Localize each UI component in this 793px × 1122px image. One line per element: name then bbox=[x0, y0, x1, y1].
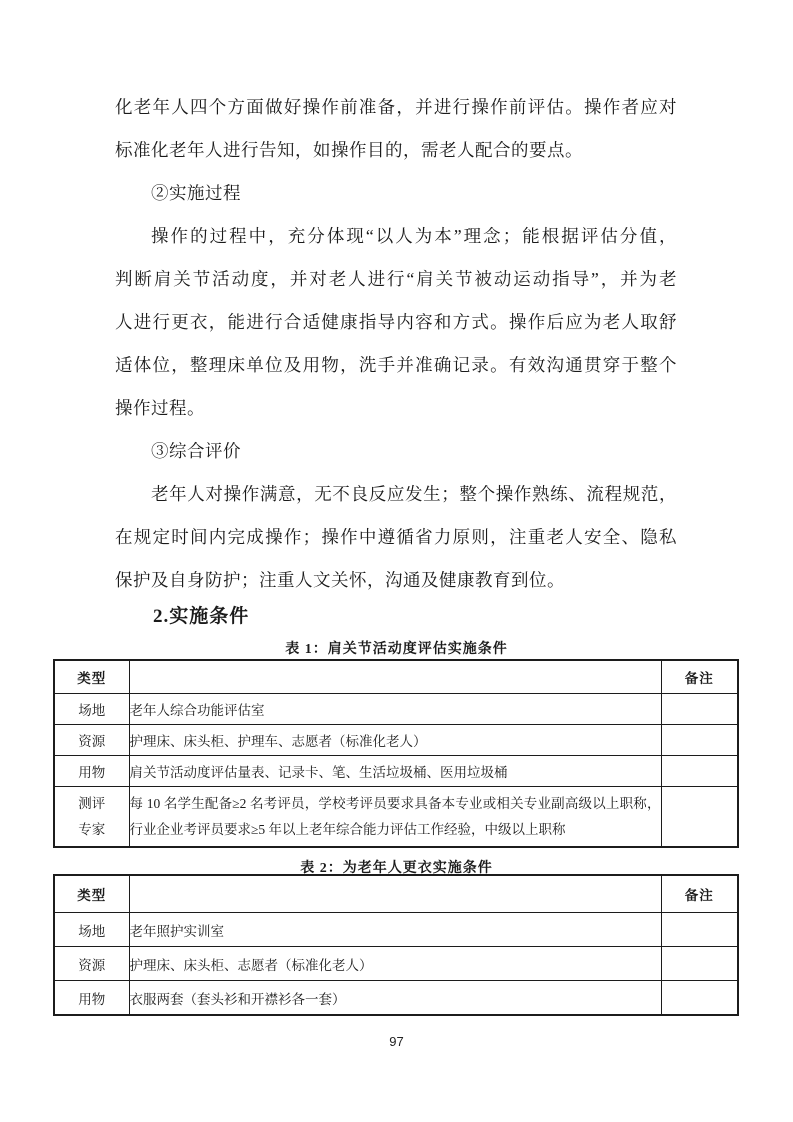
paragraph-line: 操作过程。 bbox=[115, 387, 677, 430]
table2-header-type: 类型 bbox=[54, 875, 129, 913]
row-label: 用物 bbox=[54, 756, 129, 787]
table1-header-middle bbox=[129, 660, 661, 694]
table2-header-row: 类型 备注 bbox=[54, 875, 738, 913]
row-label-line1: 测评 bbox=[55, 791, 129, 817]
row-content: 老年人综合功能评估室 bbox=[129, 694, 661, 725]
row-note bbox=[661, 913, 738, 947]
table-row: 用物 肩关节活动度评估量表、记录卡、笔、生活垃圾桶、医用垃圾桶 bbox=[54, 756, 738, 787]
row-label: 用物 bbox=[54, 981, 129, 1016]
list-item-heading: ②实施过程 bbox=[115, 172, 677, 215]
row-note bbox=[661, 787, 738, 848]
row-label: 资源 bbox=[54, 947, 129, 981]
table-row: 场地 老年人综合功能评估室 bbox=[54, 694, 738, 725]
row-content: 老年照护实训室 bbox=[129, 913, 661, 947]
row-content: 护理床、床头柜、护理车、志愿者（标准化老人） bbox=[129, 725, 661, 756]
paragraph-line: 适体位，整理床单位及用物，洗手并准确记录。有效沟通贯穿于整个 bbox=[115, 344, 677, 387]
table2-header-middle bbox=[129, 875, 661, 913]
row-label: 场地 bbox=[54, 694, 129, 725]
row-label: 场地 bbox=[54, 913, 129, 947]
section-heading: 2.实施条件 bbox=[153, 601, 249, 628]
row-content: 每 10 名学生配备≥2 名考评员，学校考评员要求具备本专业或相关专业副高级以上… bbox=[129, 787, 661, 848]
paragraph-line: 标准化老年人进行告知，如操作目的，需老人配合的要点。 bbox=[115, 129, 677, 172]
paragraph-line: 在规定时间内完成操作；操作中遵循省力原则，注重老人安全、隐私 bbox=[115, 516, 677, 559]
table1-header-note: 备注 bbox=[661, 660, 738, 694]
paragraph-line: 人进行更衣，能进行合适健康指导内容和方式。操作后应为老人取舒 bbox=[115, 301, 677, 344]
paragraph-line: 判断肩关节活动度，并对老人进行“肩关节被动运动指导”，并为老 bbox=[115, 258, 677, 301]
table2-header-note: 备注 bbox=[661, 875, 738, 913]
table-row: 用物 衣服两套（套头衫和开襟衫各一套） bbox=[54, 981, 738, 1016]
row-note bbox=[661, 947, 738, 981]
row-label: 测评 专家 bbox=[54, 787, 129, 848]
row-content: 护理床、床头柜、志愿者（标准化老人） bbox=[129, 947, 661, 981]
row-content: 肩关节活动度评估量表、记录卡、笔、生活垃圾桶、医用垃圾桶 bbox=[129, 756, 661, 787]
row-note bbox=[661, 756, 738, 787]
row-note bbox=[661, 725, 738, 756]
document-page: 化老年人四个方面做好操作前准备，并进行操作前评估。操作者应对 标准化老年人进行告… bbox=[0, 0, 793, 1122]
paragraph-line: 操作的过程中，充分体现“以人为本”理念；能根据评估分值， bbox=[115, 215, 677, 258]
table1-header-type: 类型 bbox=[54, 660, 129, 694]
row-label: 资源 bbox=[54, 725, 129, 756]
table-row: 测评 专家 每 10 名学生配备≥2 名考评员，学校考评员要求具备本专业或相关专… bbox=[54, 787, 738, 848]
row-label-line2: 专家 bbox=[55, 817, 129, 843]
table2: 类型 备注 场地 老年照护实训室 资源 护理床、床头柜、志愿者（标准化老人） 用… bbox=[53, 874, 739, 1016]
table1-caption: 表 1：肩关节活动度评估实施条件 bbox=[0, 638, 793, 658]
paragraph-line: 保护及自身防护；注重人文关怀，沟通及健康教育到位。 bbox=[115, 559, 677, 602]
row-content: 衣服两套（套头衫和开襟衫各一套） bbox=[129, 981, 661, 1016]
paragraph-line: 化老年人四个方面做好操作前准备，并进行操作前评估。操作者应对 bbox=[115, 86, 677, 129]
table-row: 场地 老年照护实训室 bbox=[54, 913, 738, 947]
row-note bbox=[661, 981, 738, 1016]
table-row: 资源 护理床、床头柜、志愿者（标准化老人） bbox=[54, 947, 738, 981]
paragraph-line: 老年人对操作满意，无不良反应发生；整个操作熟练、流程规范， bbox=[115, 473, 677, 516]
page-number: 97 bbox=[0, 1034, 793, 1049]
table-row: 资源 护理床、床头柜、护理车、志愿者（标准化老人） bbox=[54, 725, 738, 756]
list-item-heading: ③综合评价 bbox=[115, 430, 677, 473]
body-text: 化老年人四个方面做好操作前准备，并进行操作前评估。操作者应对 标准化老年人进行告… bbox=[115, 86, 677, 602]
row-note bbox=[661, 694, 738, 725]
table1: 类型 备注 场地 老年人综合功能评估室 资源 护理床、床头柜、护理车、志愿者（标… bbox=[53, 659, 739, 848]
table1-header-row: 类型 备注 bbox=[54, 660, 738, 694]
